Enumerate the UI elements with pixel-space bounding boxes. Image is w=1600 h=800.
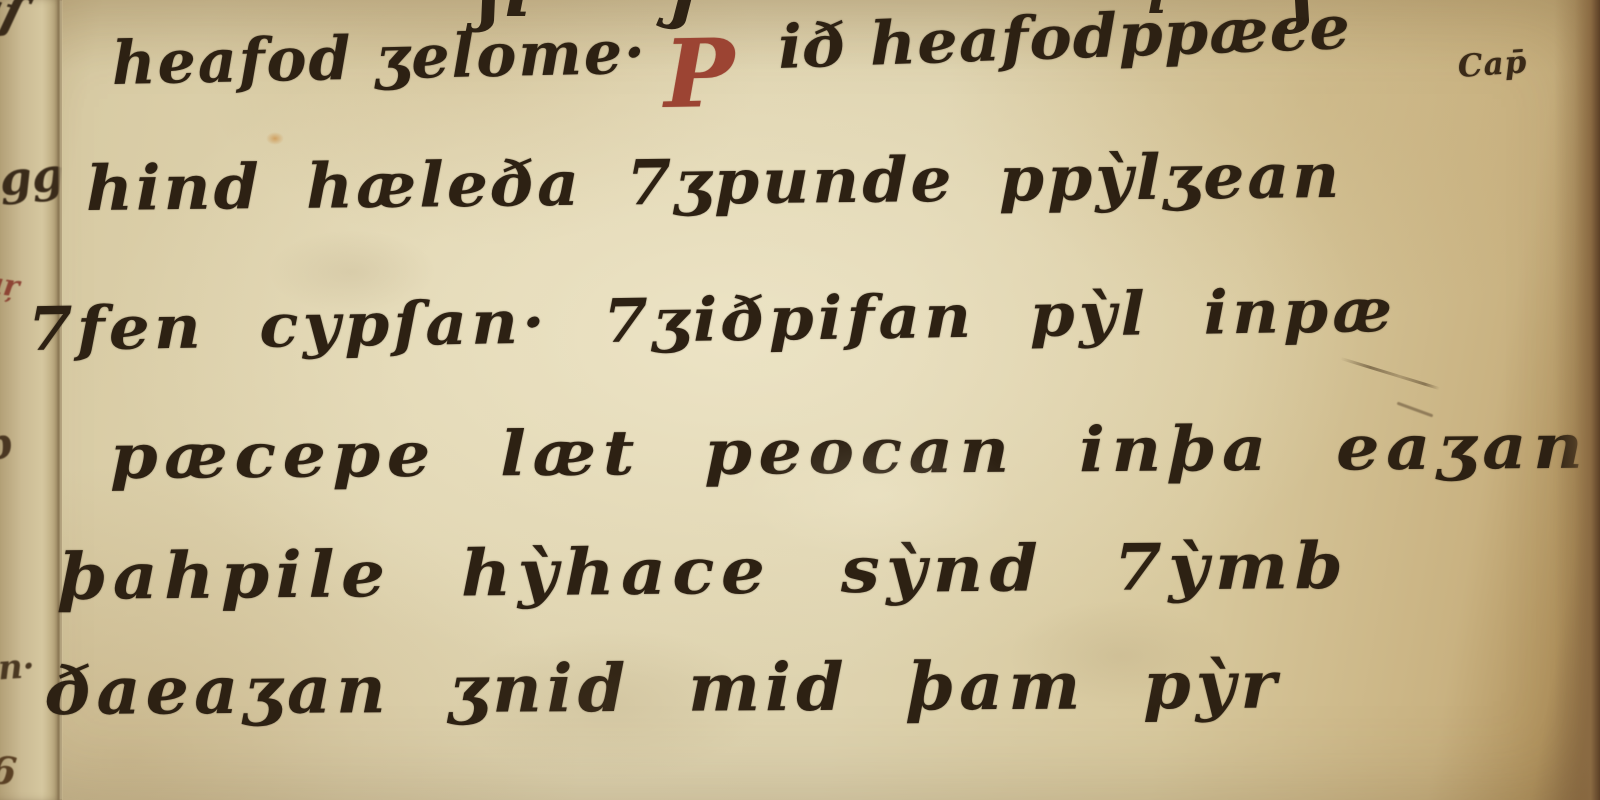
- manuscript-line-6: ðaeaʒan ʒnid mid þam pỳr: [46, 652, 1282, 724]
- marginal-chapter-note: Cap̄: [1457, 47, 1528, 83]
- manuscript-line-1-right: ið heafodppæce: [777, 0, 1352, 78]
- manuscript-line-1-left: heafod ʒelome·: [111, 23, 647, 94]
- page-edge-shadow: [1554, 0, 1600, 800]
- edge-text-fragment: 6: [0, 747, 19, 795]
- pen-scratch-mark: [1340, 357, 1440, 390]
- manuscript-line-5: þahpile hỳhace sỳnd 7ỳmb: [58, 535, 1350, 610]
- manuscript-line-4: pæcepe læt peocan inþa eaʒan: [110, 416, 1590, 488]
- rubric-initial-wynn: P: [663, 27, 735, 122]
- edge-text-fragment: ıſ: [0, 0, 29, 44]
- manuscript-line-3: 7fen cypſan· 7ʒiðpifan pỳl inpæ: [28, 281, 1397, 360]
- edge-text-fragment: an·: [0, 646, 36, 690]
- manuscript-page-photo: ıſ ngge ıŗ p an· 6 ʃı ʃ ı ʃ heafod ʒelom…: [0, 0, 1600, 800]
- stain-spot: [266, 132, 284, 145]
- edge-text-fragment: p: [0, 418, 15, 471]
- edge-text-fragment: ngge: [0, 145, 62, 210]
- edge-text-fragment-red: ıŗ: [0, 266, 22, 304]
- manuscript-line-2: hind hæleða 7ʒpunde ppỳlʒean: [86, 145, 1343, 220]
